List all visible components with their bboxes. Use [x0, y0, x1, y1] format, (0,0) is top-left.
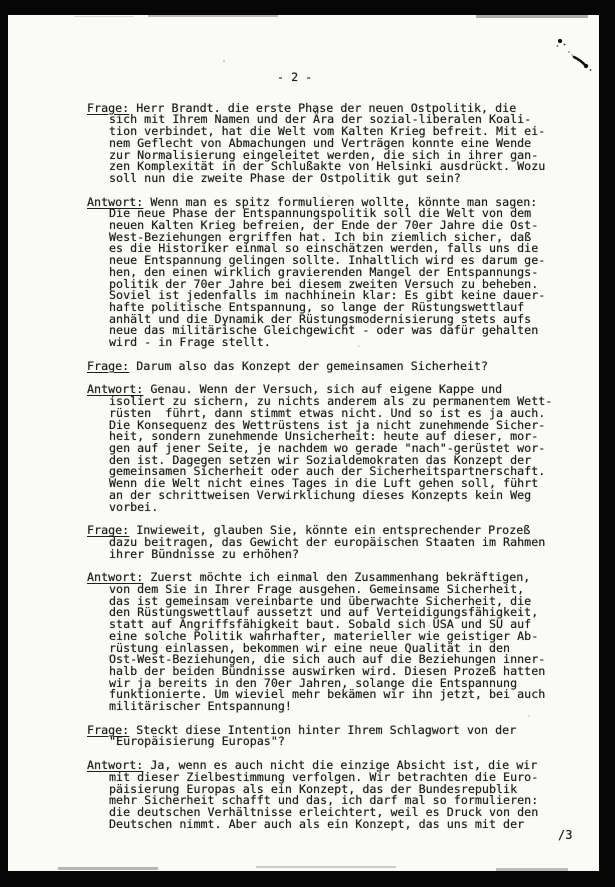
- scan-streak: [74, 16, 134, 17]
- paragraph-label: Frage:: [87, 723, 129, 737]
- paragraph-label: Antwort:: [87, 758, 143, 772]
- typewritten-text: - 2 - Frage: Herr Brandt. die erste Phas…: [87, 72, 589, 830]
- paragraph-label: Frage:: [87, 101, 129, 115]
- document-page: - 2 - Frage: Herr Brandt. die erste Phas…: [8, 15, 599, 871]
- scan-speckles: [223, 60, 225, 62]
- answer-paragraph: Antwort: Genau. Wenn der Versuch, sich a…: [87, 384, 589, 513]
- paragraph-label: Frage:: [87, 523, 129, 537]
- scan-streak: [256, 866, 396, 868]
- answer-paragraph: Antwort: Ja, wenn es auch nicht die einz…: [87, 760, 589, 830]
- question-paragraph: Frage: Herr Brandt. die erste Phase der …: [87, 103, 589, 185]
- question-paragraph: Frage: Inwieweit, glauben Sie, könnte ei…: [87, 525, 589, 560]
- paragraph-label: Antwort:: [87, 382, 143, 396]
- continuation-mark: /3: [558, 828, 572, 842]
- scan-streak: [476, 15, 588, 18]
- answer-paragraph: Antwort: Wenn man es spitz formulieren w…: [87, 197, 589, 349]
- scanned-document: { "colors": { "paper": "#fafaf7", "ink":…: [0, 0, 615, 887]
- paragraph-label: Frage:: [87, 359, 129, 373]
- paragraph-label: Antwort:: [87, 195, 143, 209]
- scan-streak: [148, 15, 278, 17]
- paragraph-label: Antwort:: [87, 570, 143, 584]
- scan-streak: [58, 867, 158, 870]
- question-paragraph: Frage: Steckt diese Intention hinter Ihr…: [87, 725, 589, 748]
- scan-streak: [496, 868, 568, 871]
- question-paragraph: Frage: Darum also das Konzept der gemein…: [87, 361, 589, 373]
- paragraph-list: Frage: Herr Brandt. die erste Phase der …: [87, 103, 589, 831]
- page-number: - 2 -: [277, 72, 589, 84]
- answer-paragraph: Antwort: Zuerst möchte ich einmal den Zu…: [87, 572, 589, 712]
